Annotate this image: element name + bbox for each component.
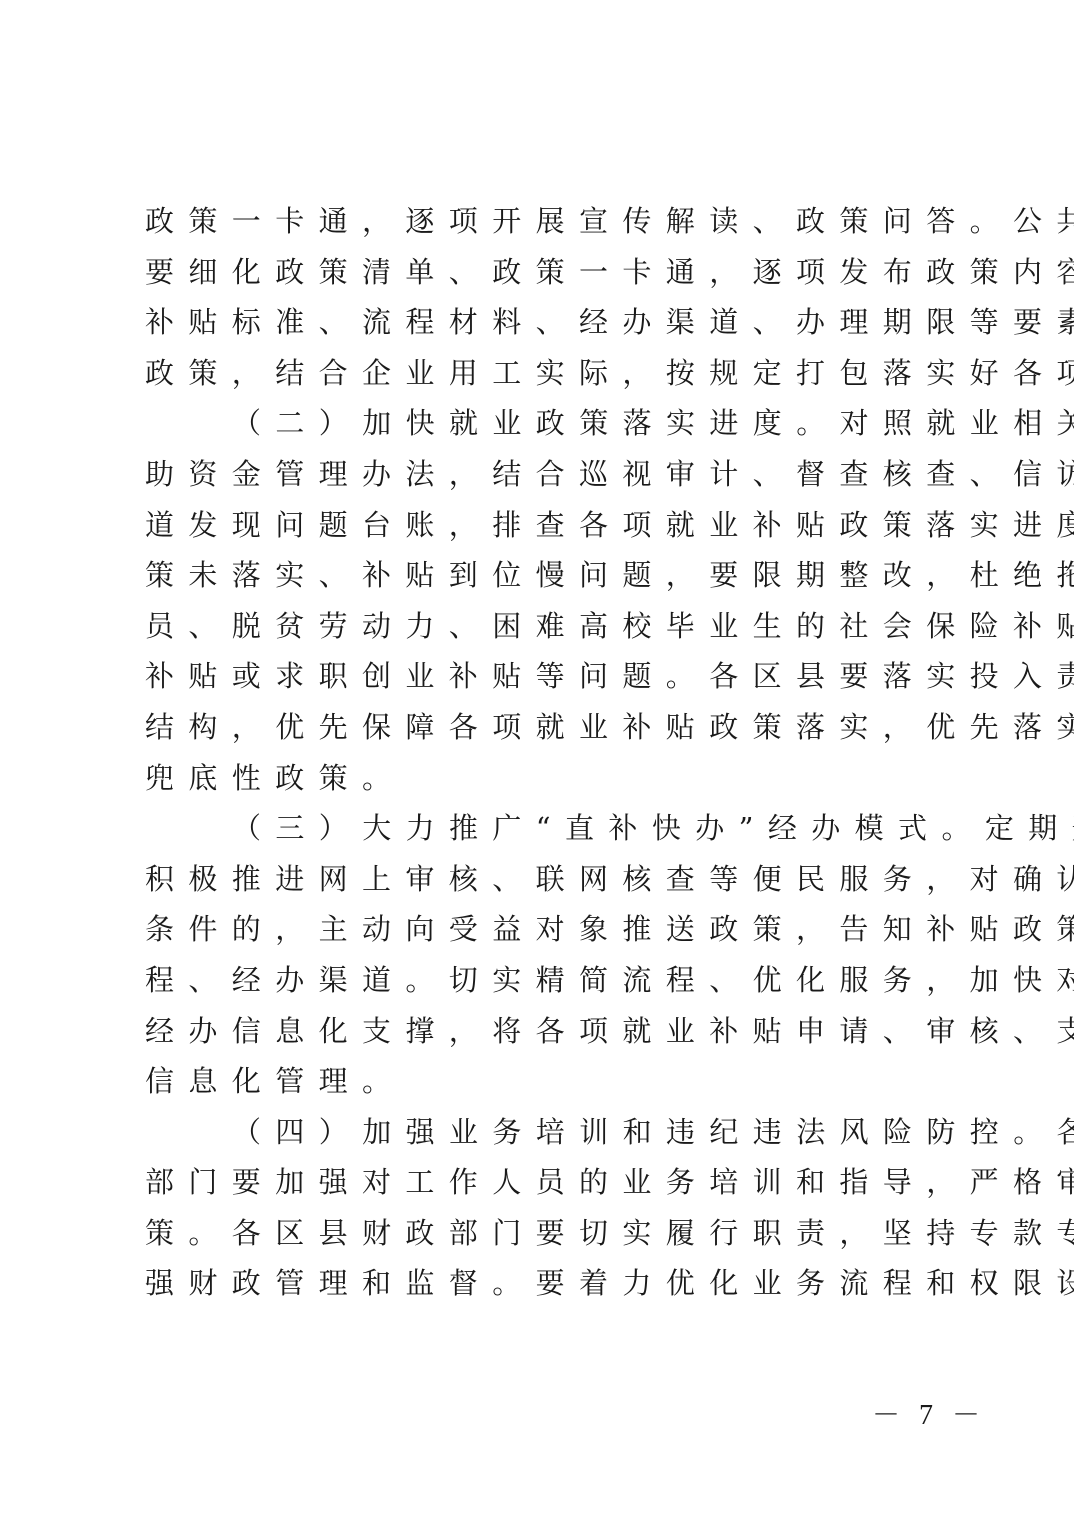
page-number: － 7 － [872, 1393, 986, 1433]
text-line: 要细化政策清单、政策一卡通，逐项发布政策内容、享受条件、 [145, 247, 945, 298]
paragraph-continuation: 政策一卡通，逐项开展宣传解读、政策问答。公共就业服务机构 要细化政策清单、政策一… [145, 196, 945, 398]
text-line: 助资金管理办法，结合巡视审计、督查核查、信访反映、媒体报 [145, 449, 945, 500]
text-line: 补贴或求职创业补贴等问题。各区县要落实投入责任，优化支出 [145, 651, 945, 702]
text-line: 政策，结合企业用工实际，按规定打包落实好各项政策。 [145, 348, 945, 399]
text-line: 积极推进网上审核、联网核查等便民服务，对确认符合政策享受 [145, 854, 945, 905]
text-line: 策未落实、补贴到位慢问题，要限期整改，杜绝拖欠就业困难人 [145, 550, 945, 601]
text-line: 策。各区县财政部门要切实履行职责，坚持专款专用的原则，加 [145, 1208, 945, 1259]
text-line: 结构，优先保障各项就业补贴政策落实，优先落实对困难人员的 [145, 702, 945, 753]
text-line: 强财政管理和监督。要着力优化业务流程和权限设置，推行“受 [145, 1258, 945, 1309]
text-line: 补贴标准、流程材料、经办渠道、办理期限等要素，主动上门送 [145, 297, 945, 348]
section-heading-line: （三）大力推广“直补快办”经办模式。定期开展数据比对， [145, 803, 945, 854]
section-heading-line: （二）加快就业政策落实进度。对照就业相关文件和就业补 [145, 398, 945, 449]
text-line: 政策一卡通，逐项开展宣传解读、政策问答。公共就业服务机构 [145, 196, 945, 247]
text-line: 道发现问题台账，排查各项就业补贴政策落实进度。对发现的政 [145, 500, 945, 551]
text-line: 信息化管理。 [145, 1056, 945, 1107]
section-heading-line: （四）加强业务培训和违纪违法风险防控。各区县人力社保 [145, 1107, 945, 1158]
text-line: 程、经办渠道。切实精简流程、优化服务，加快对就业补贴申领 [145, 955, 945, 1006]
paragraph-section-3: （三）大力推广“直补快办”经办模式。定期开展数据比对， 积极推进网上审核、联网核… [145, 803, 945, 1107]
text-line: 条件的，主动向受益对象推送政策，告知补贴政策内容、申请流 [145, 904, 945, 955]
text-line: 经办信息化支撑，将各项就业补贴申请、审核、支付全流程纳入 [145, 1006, 945, 1057]
paragraph-section-4: （四）加强业务培训和违纪违法风险防控。各区县人力社保 部门要加强对工作人员的业务… [145, 1107, 945, 1309]
text-line: 员、脱贫劳动力、困难高校毕业生的社会保险补贴、公益性岗位 [145, 601, 945, 652]
document-body: 政策一卡通，逐项开展宣传解读、政策问答。公共就业服务机构 要细化政策清单、政策一… [145, 196, 945, 1309]
text-line: 兜底性政策。 [145, 753, 945, 804]
document-page: 政策一卡通，逐项开展宣传解读、政策问答。公共就业服务机构 要细化政策清单、政策一… [0, 0, 1074, 1520]
paragraph-section-2: （二）加快就业政策落实进度。对照就业相关文件和就业补 助资金管理办法，结合巡视审… [145, 398, 945, 803]
text-line: 部门要加强对工作人员的业务培训和指导，严格审核落实各项政 [145, 1157, 945, 1208]
